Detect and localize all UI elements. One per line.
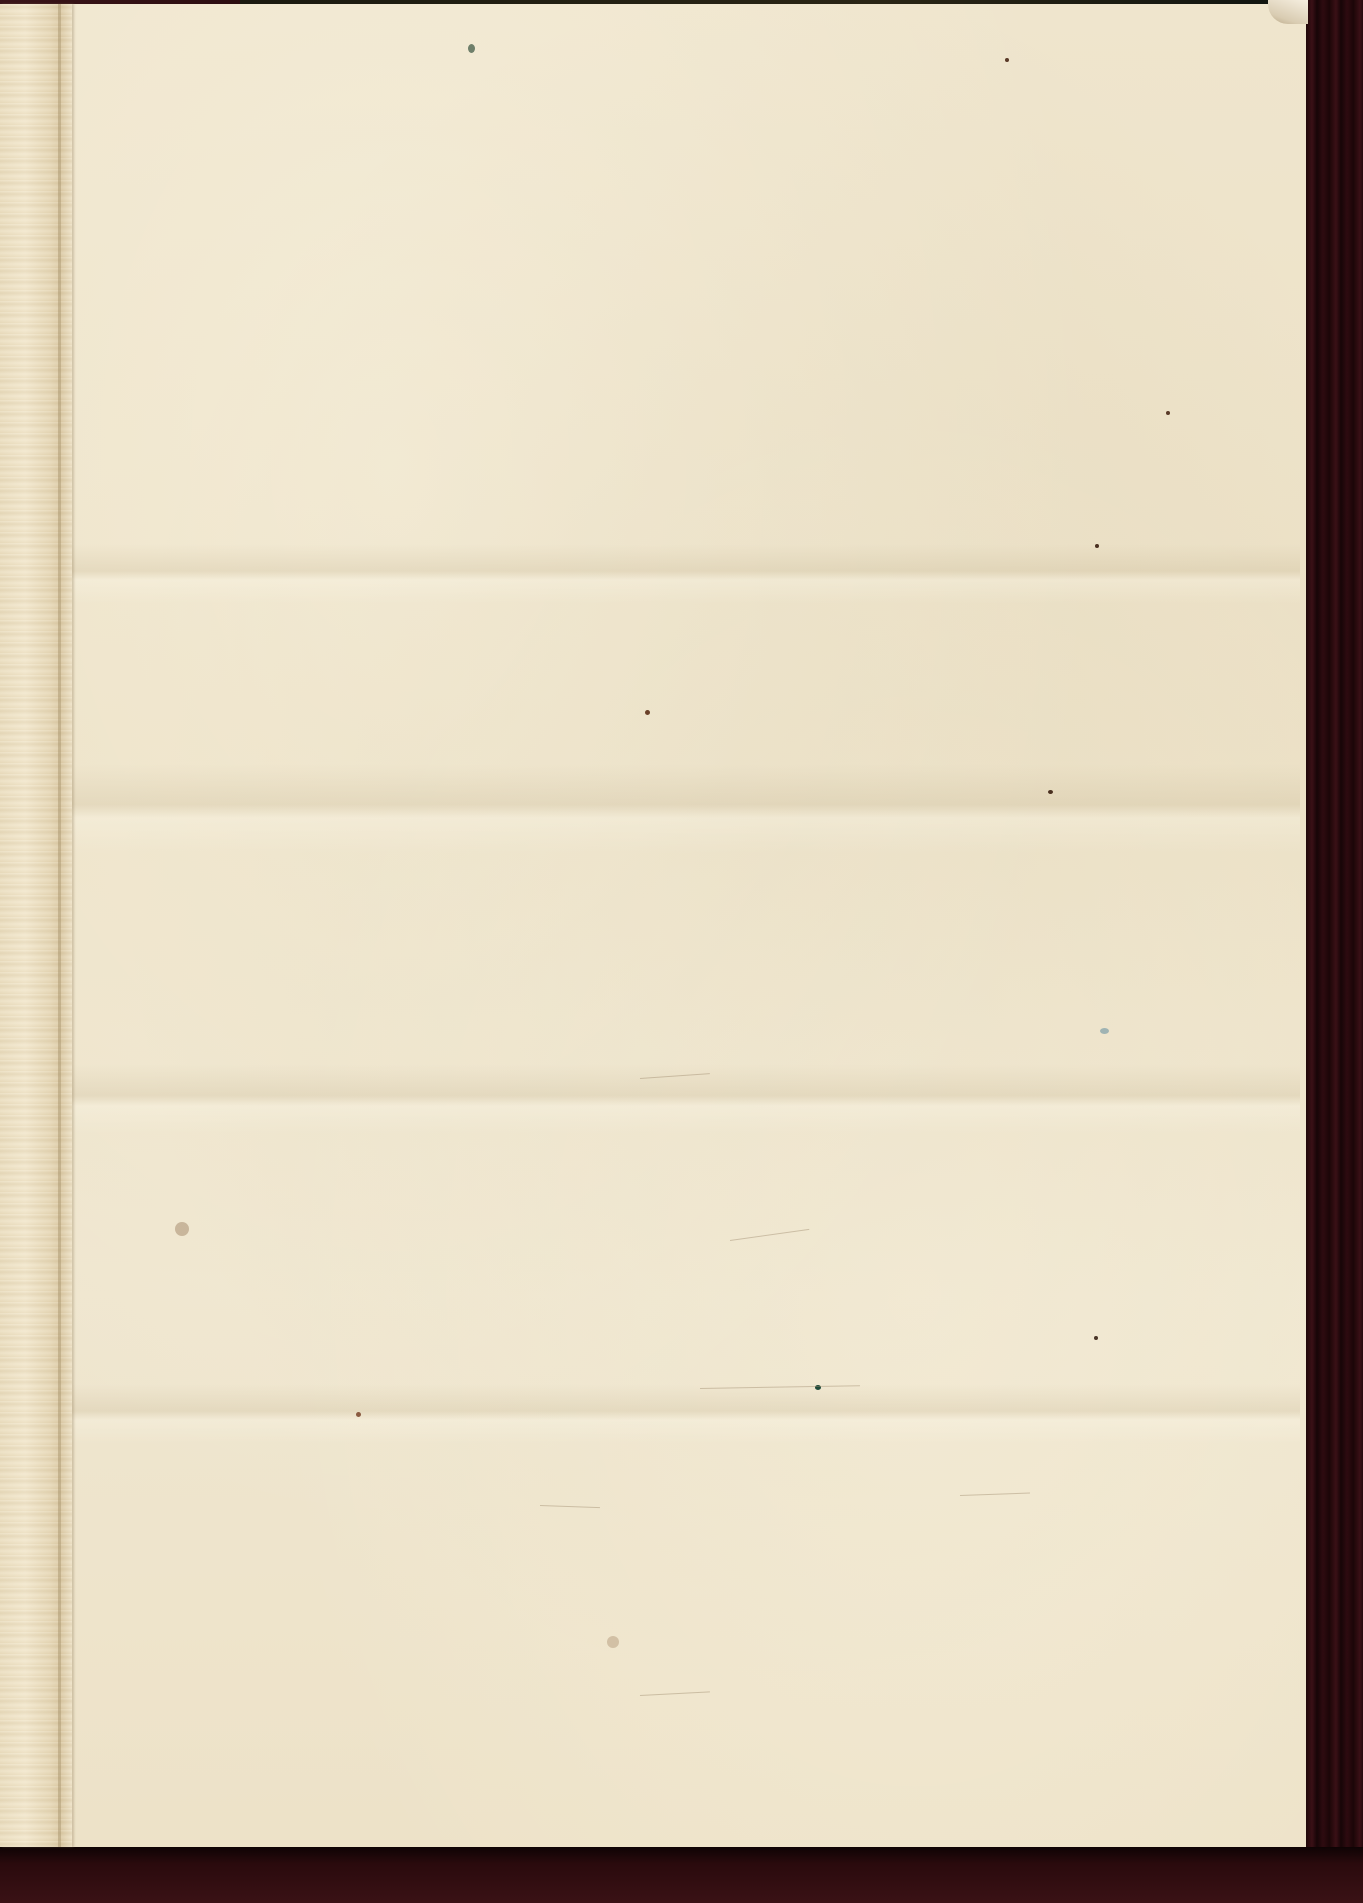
- speck: [1166, 411, 1170, 415]
- speck: [645, 710, 650, 715]
- speck: [1095, 544, 1099, 548]
- speck: [175, 1222, 189, 1236]
- paper-fold: [70, 764, 1300, 854]
- speck: [607, 1636, 619, 1648]
- blank-page: [0, 4, 1306, 1847]
- speck: [468, 44, 475, 53]
- binding-seam: [58, 4, 61, 1847]
- right-cover-edge: [1306, 0, 1363, 1903]
- paper-fold: [70, 1384, 1300, 1444]
- speck: [1100, 1028, 1109, 1034]
- paper-fold: [70, 544, 1300, 604]
- binding-strip: [0, 4, 72, 1847]
- speck: [356, 1412, 361, 1417]
- speck: [1048, 790, 1053, 794]
- speck: [1005, 58, 1009, 62]
- bottom-cover-edge: [0, 1847, 1363, 1903]
- speck: [1094, 1336, 1098, 1340]
